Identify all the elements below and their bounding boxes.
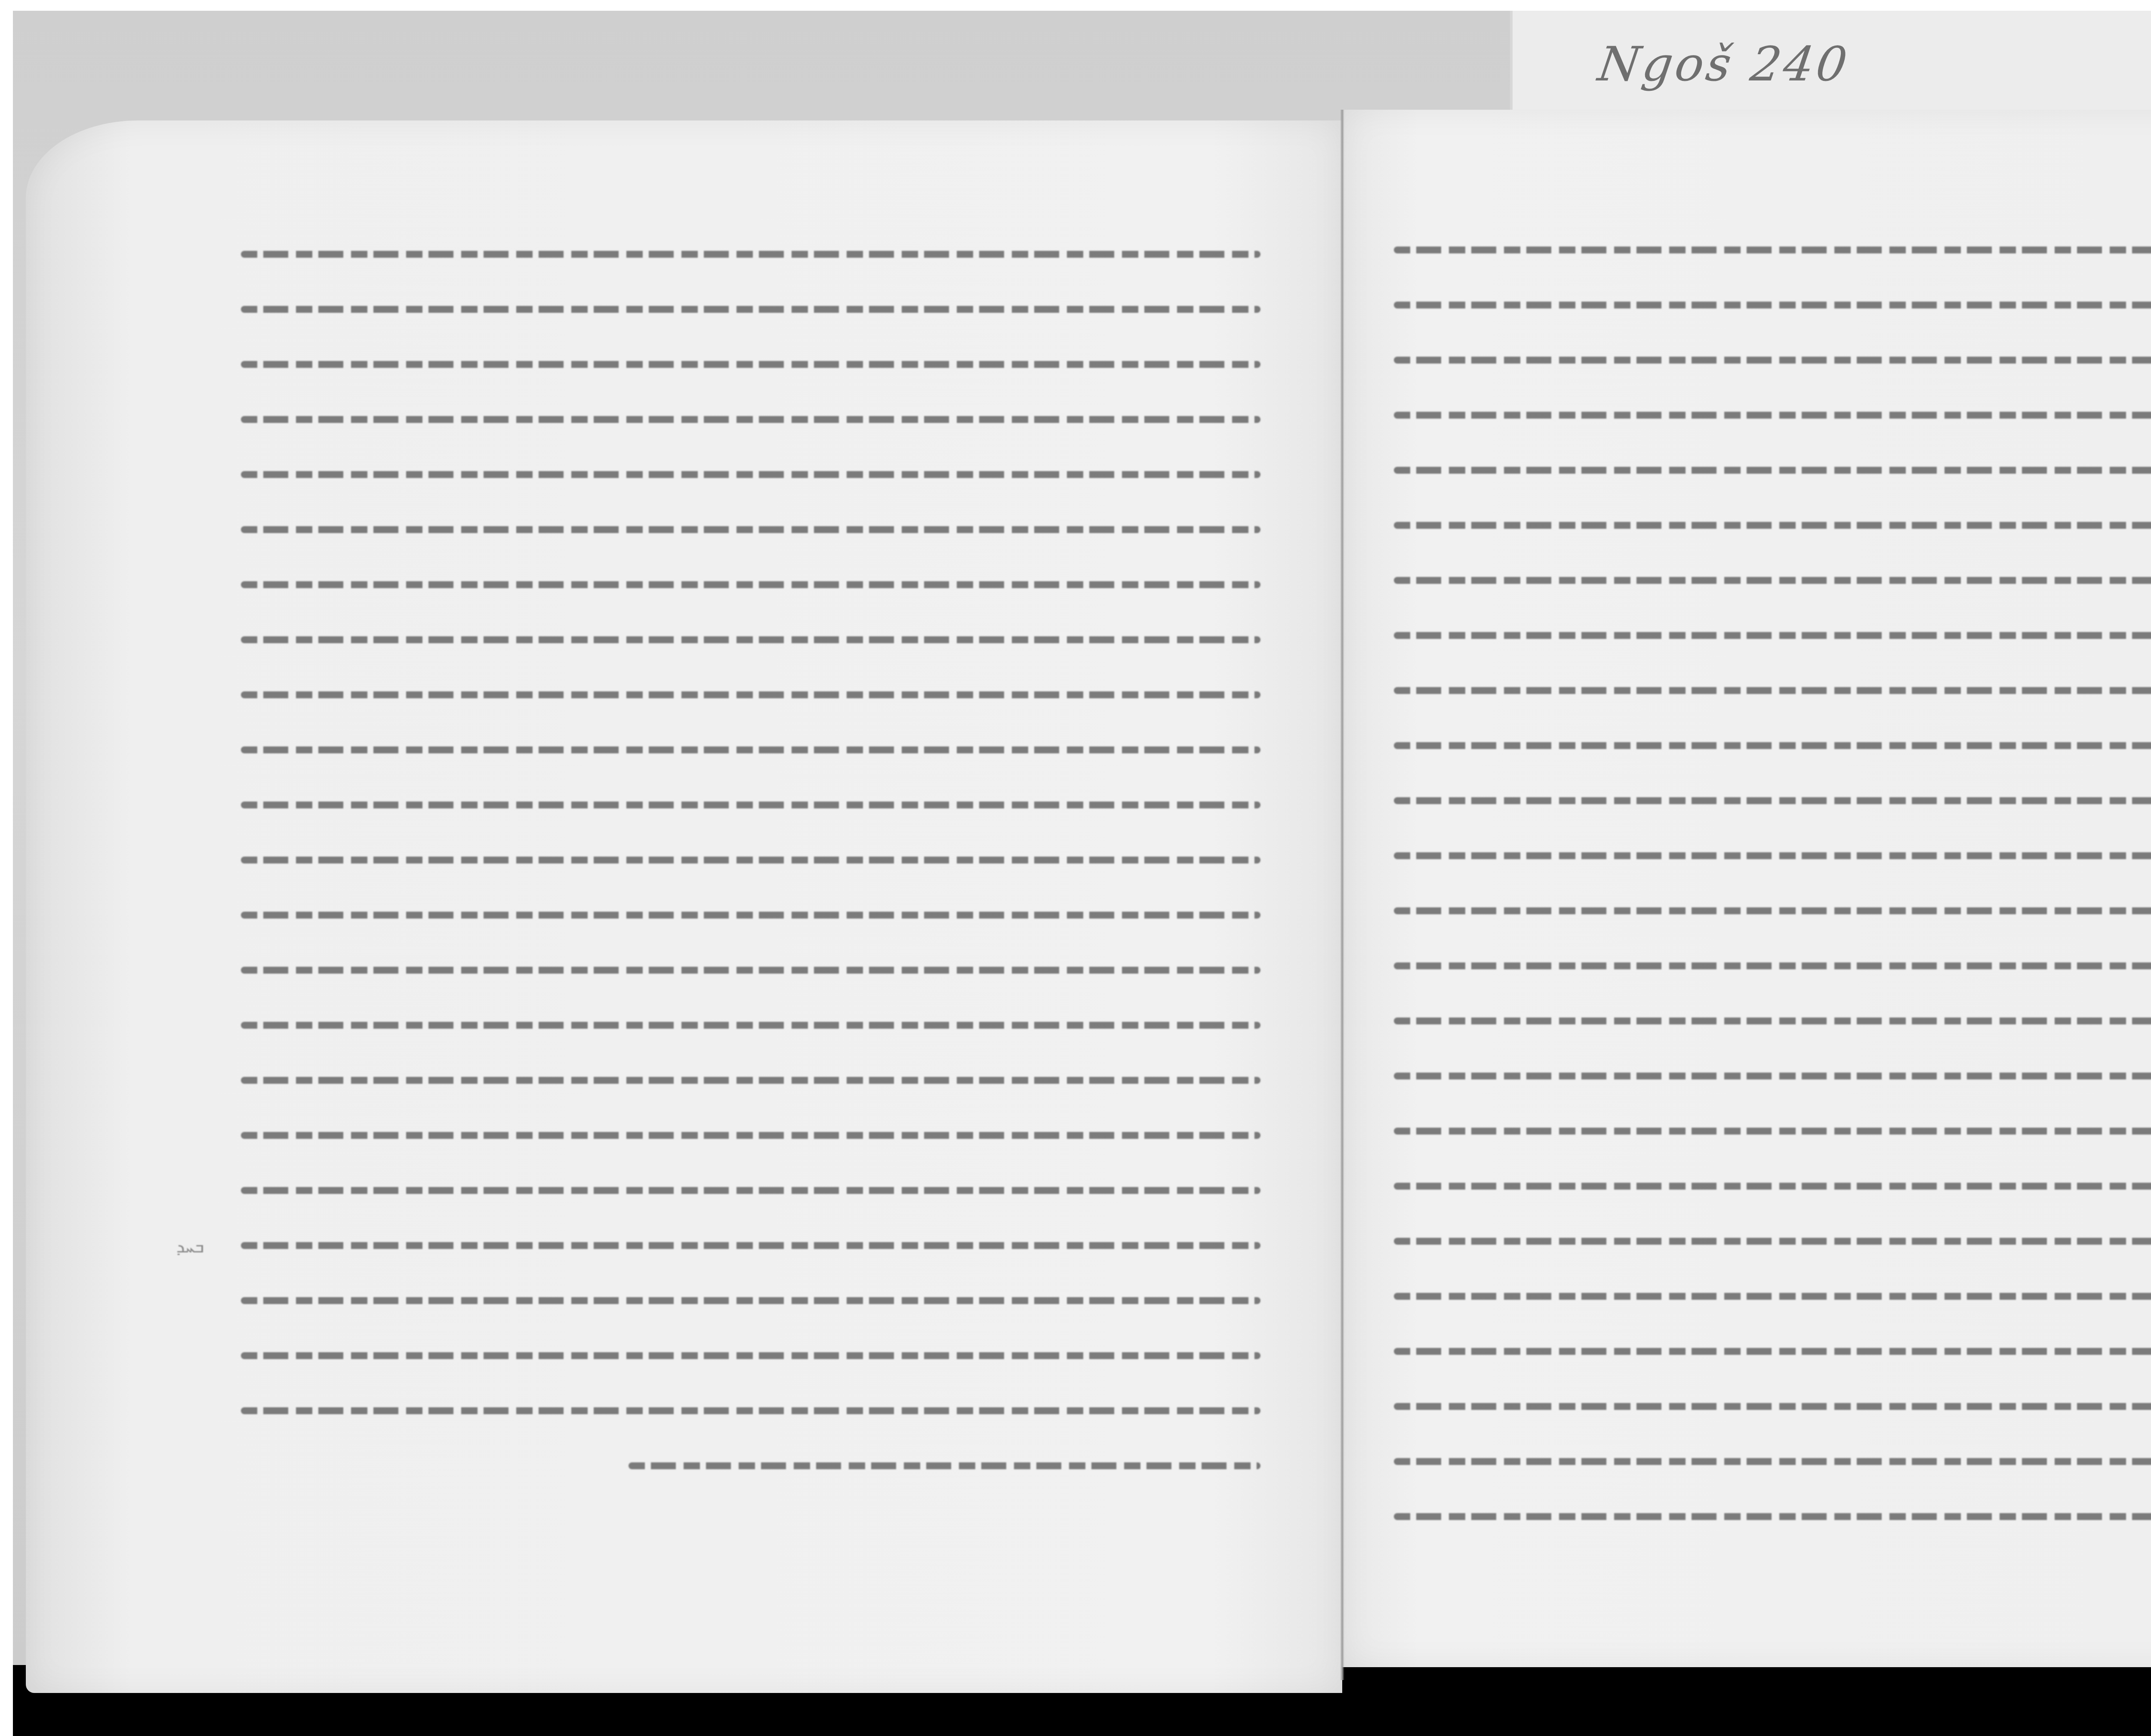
left-page-text-block	[241, 217, 1260, 1484]
text-line	[241, 1319, 1260, 1374]
text-line	[1394, 1149, 2151, 1204]
backdrop-surface: Ngoš 240	[13, 11, 2151, 1665]
margin-annotation: ܒܚܕ	[176, 1237, 204, 1257]
text-line	[241, 272, 1260, 327]
text-line	[1394, 709, 2151, 764]
shelfmark-label-text: Ngoš 240	[1595, 37, 1853, 92]
text-line	[241, 493, 1260, 548]
text-line	[1394, 1204, 2151, 1259]
text-line	[1394, 323, 2151, 378]
book-gutter	[1340, 110, 1344, 1680]
text-line	[1394, 1425, 2151, 1480]
text-line	[241, 548, 1260, 603]
text-line	[241, 878, 1260, 933]
text-line	[241, 1098, 1260, 1153]
text-line	[1394, 1039, 2151, 1094]
text-line	[241, 658, 1260, 713]
text-line	[1394, 488, 2151, 543]
text-line	[1394, 598, 2151, 654]
text-line	[241, 768, 1260, 823]
text-line	[1394, 1535, 2151, 1590]
text-line	[1394, 433, 2151, 488]
text-line	[241, 823, 1260, 878]
text-line	[241, 1264, 1260, 1319]
text-line	[1394, 819, 2151, 874]
text-line	[241, 438, 1260, 493]
shelfmark-label: Ngoš 240	[1510, 11, 2151, 118]
text-line	[1394, 1259, 2151, 1314]
text-line	[1394, 874, 2151, 929]
text-line	[241, 327, 1260, 382]
text-line	[241, 603, 1260, 658]
text-line	[241, 382, 1260, 438]
text-line	[241, 1374, 1260, 1429]
text-line	[1394, 1480, 2151, 1535]
text-line	[1394, 764, 2151, 819]
text-line	[1394, 378, 2151, 433]
text-line	[1394, 1094, 2151, 1149]
text-line	[241, 933, 1260, 988]
text-line	[241, 1043, 1260, 1098]
text-line	[1394, 654, 2151, 709]
text-line	[1394, 1369, 2151, 1425]
text-line	[1394, 213, 2151, 268]
text-line	[1394, 1314, 2151, 1369]
text-line	[1394, 268, 2151, 323]
right-page-text-block	[1394, 213, 2151, 1590]
text-line	[241, 988, 1260, 1043]
text-line	[241, 1429, 1260, 1484]
text-line	[1394, 929, 2151, 984]
text-line	[241, 713, 1260, 768]
text-line	[1394, 984, 2151, 1039]
text-line	[241, 217, 1260, 272]
text-line	[241, 1153, 1260, 1209]
text-line	[241, 1209, 1260, 1264]
manuscript-photograph: Ngoš 240	[13, 11, 2151, 1736]
text-line	[1394, 543, 2151, 598]
